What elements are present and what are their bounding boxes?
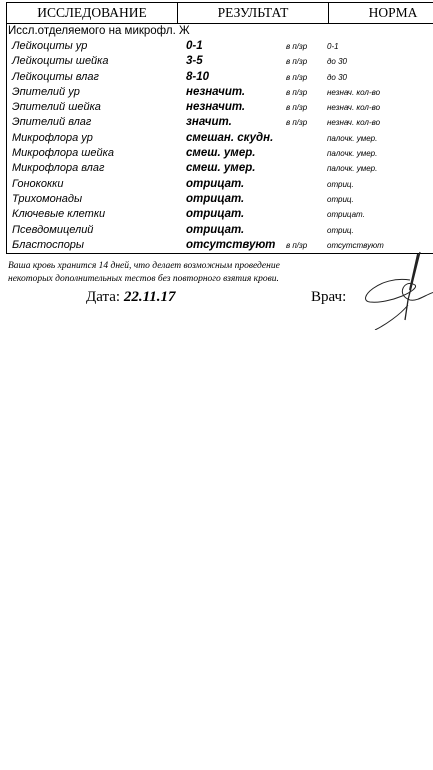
test-norm: незнач. кол-во (327, 100, 433, 115)
test-unit (286, 207, 327, 222)
test-result: отсутствуют (186, 238, 286, 253)
date-field: Дата: 22.11.17 (86, 289, 176, 306)
test-unit (286, 146, 327, 161)
test-name: Лейкоциты шейка (7, 54, 186, 69)
test-name: Эпителий ур (7, 85, 186, 100)
table-row: Лейкоциты шейка3-5в п/зрдо 30 (7, 54, 433, 69)
test-norm: до 30 (327, 70, 433, 85)
storage-note: Ваша кровь хранится 14 дней, что делает … (8, 260, 280, 286)
date-value: 22.11.17 (124, 289, 176, 305)
section-title: Иссл.отделяемого на микрофл. Ж (7, 24, 433, 39)
table-row: Микрофлора урсмешан. скудн.палочк. умер. (7, 131, 433, 146)
test-norm: до 30 (327, 54, 433, 69)
table-row: Ключевые клеткиотрицат.отрицат. (7, 207, 433, 222)
test-name: Псевдомицелий (7, 223, 186, 238)
test-norm: отриц. (327, 192, 433, 207)
test-norm: незнач. кол-во (327, 115, 433, 130)
test-unit (286, 131, 327, 146)
results-table: ИССЛЕДОВАНИЕ РЕЗУЛЬТАТ НОРМА Иссл.отделя… (6, 2, 433, 254)
test-norm: незнач. кол-во (327, 85, 433, 100)
test-result: отрицат. (186, 192, 286, 207)
test-name: Ключевые клетки (7, 207, 186, 222)
table-row: Лейкоциты ур0-1в п/зр0-1 (7, 39, 433, 54)
test-norm: отриц. (327, 223, 433, 238)
test-unit: в п/зр (286, 70, 327, 85)
test-name: Гонококки (7, 177, 186, 192)
test-unit (286, 223, 327, 238)
test-name: Микрофлора влаг (7, 161, 186, 176)
test-unit: в п/зр (286, 85, 327, 100)
test-result: 0-1 (186, 39, 286, 54)
note-line-2: некоторых дополнительных тестов без повт… (8, 273, 280, 286)
test-unit: в п/зр (286, 39, 327, 54)
test-norm: 0-1 (327, 39, 433, 54)
test-unit (286, 192, 327, 207)
test-name: Эпителий влаг (7, 115, 186, 130)
doctor-label: Врач: (311, 289, 346, 306)
test-result: 8-10 (186, 70, 286, 85)
test-result: смеш. умер. (186, 161, 286, 176)
table-row: Эпителий влагзначит.в п/зрнезнач. кол-во (7, 115, 433, 130)
test-result: 3-5 (186, 54, 286, 69)
test-unit (286, 161, 327, 176)
test-norm: отриц. (327, 177, 433, 192)
note-line-1: Ваша кровь хранится 14 дней, что делает … (8, 260, 280, 273)
test-result: незначит. (186, 85, 286, 100)
header-norm: НОРМА (329, 3, 433, 23)
test-norm: палочк. умер. (327, 146, 433, 161)
test-result: смешан. скудн. (186, 131, 286, 146)
header-result: РЕЗУЛЬТАТ (178, 3, 329, 23)
test-name: Бластоспоры (7, 238, 186, 253)
test-name: Лейкоциты ур (7, 39, 186, 54)
test-result: незначит. (186, 100, 286, 115)
test-norm: отрицат. (327, 207, 433, 222)
test-name: Микрофлора шейка (7, 146, 186, 161)
table-row: Гонококкиотрицат.отриц. (7, 177, 433, 192)
test-result: значит. (186, 115, 286, 130)
table-row: Микрофлора влагсмеш. умер.палочк. умер. (7, 161, 433, 176)
test-norm: палочк. умер. (327, 161, 433, 176)
header-study: ИССЛЕДОВАНИЕ (7, 3, 178, 23)
date-label: Дата: (86, 289, 120, 305)
test-result: отрицат. (186, 223, 286, 238)
test-unit: в п/зр (286, 238, 327, 253)
test-result: отрицат. (186, 207, 286, 222)
test-name: Трихомонады (7, 192, 186, 207)
test-name: Микрофлора ур (7, 131, 186, 146)
test-unit: в п/зр (286, 100, 327, 115)
test-unit (286, 177, 327, 192)
test-unit: в п/зр (286, 115, 327, 130)
test-name: Лейкоциты влаг (7, 70, 186, 85)
table-row: Псевдомицелийотрицат.отриц. (7, 223, 433, 238)
test-result: смеш. умер. (186, 146, 286, 161)
table-header: ИССЛЕДОВАНИЕ РЕЗУЛЬТАТ НОРМА (7, 3, 433, 24)
table-row: Эпителий шейканезначит.в п/зрнезнач. кол… (7, 100, 433, 115)
table-row: Трихомонадыотрицат.отриц. (7, 192, 433, 207)
test-norm: палочк. умер. (327, 131, 433, 146)
table-row: Лейкоциты влаг8-10в п/зрдо 30 (7, 70, 433, 85)
test-result: отрицат. (186, 177, 286, 192)
table-row: Эпителий урнезначит.в п/зрнезнач. кол-во (7, 85, 433, 100)
test-name: Эпителий шейка (7, 100, 186, 115)
test-unit: в п/зр (286, 54, 327, 69)
table-row: Микрофлора шейкасмеш. умер.палочк. умер. (7, 146, 433, 161)
signature-icon (360, 250, 433, 330)
